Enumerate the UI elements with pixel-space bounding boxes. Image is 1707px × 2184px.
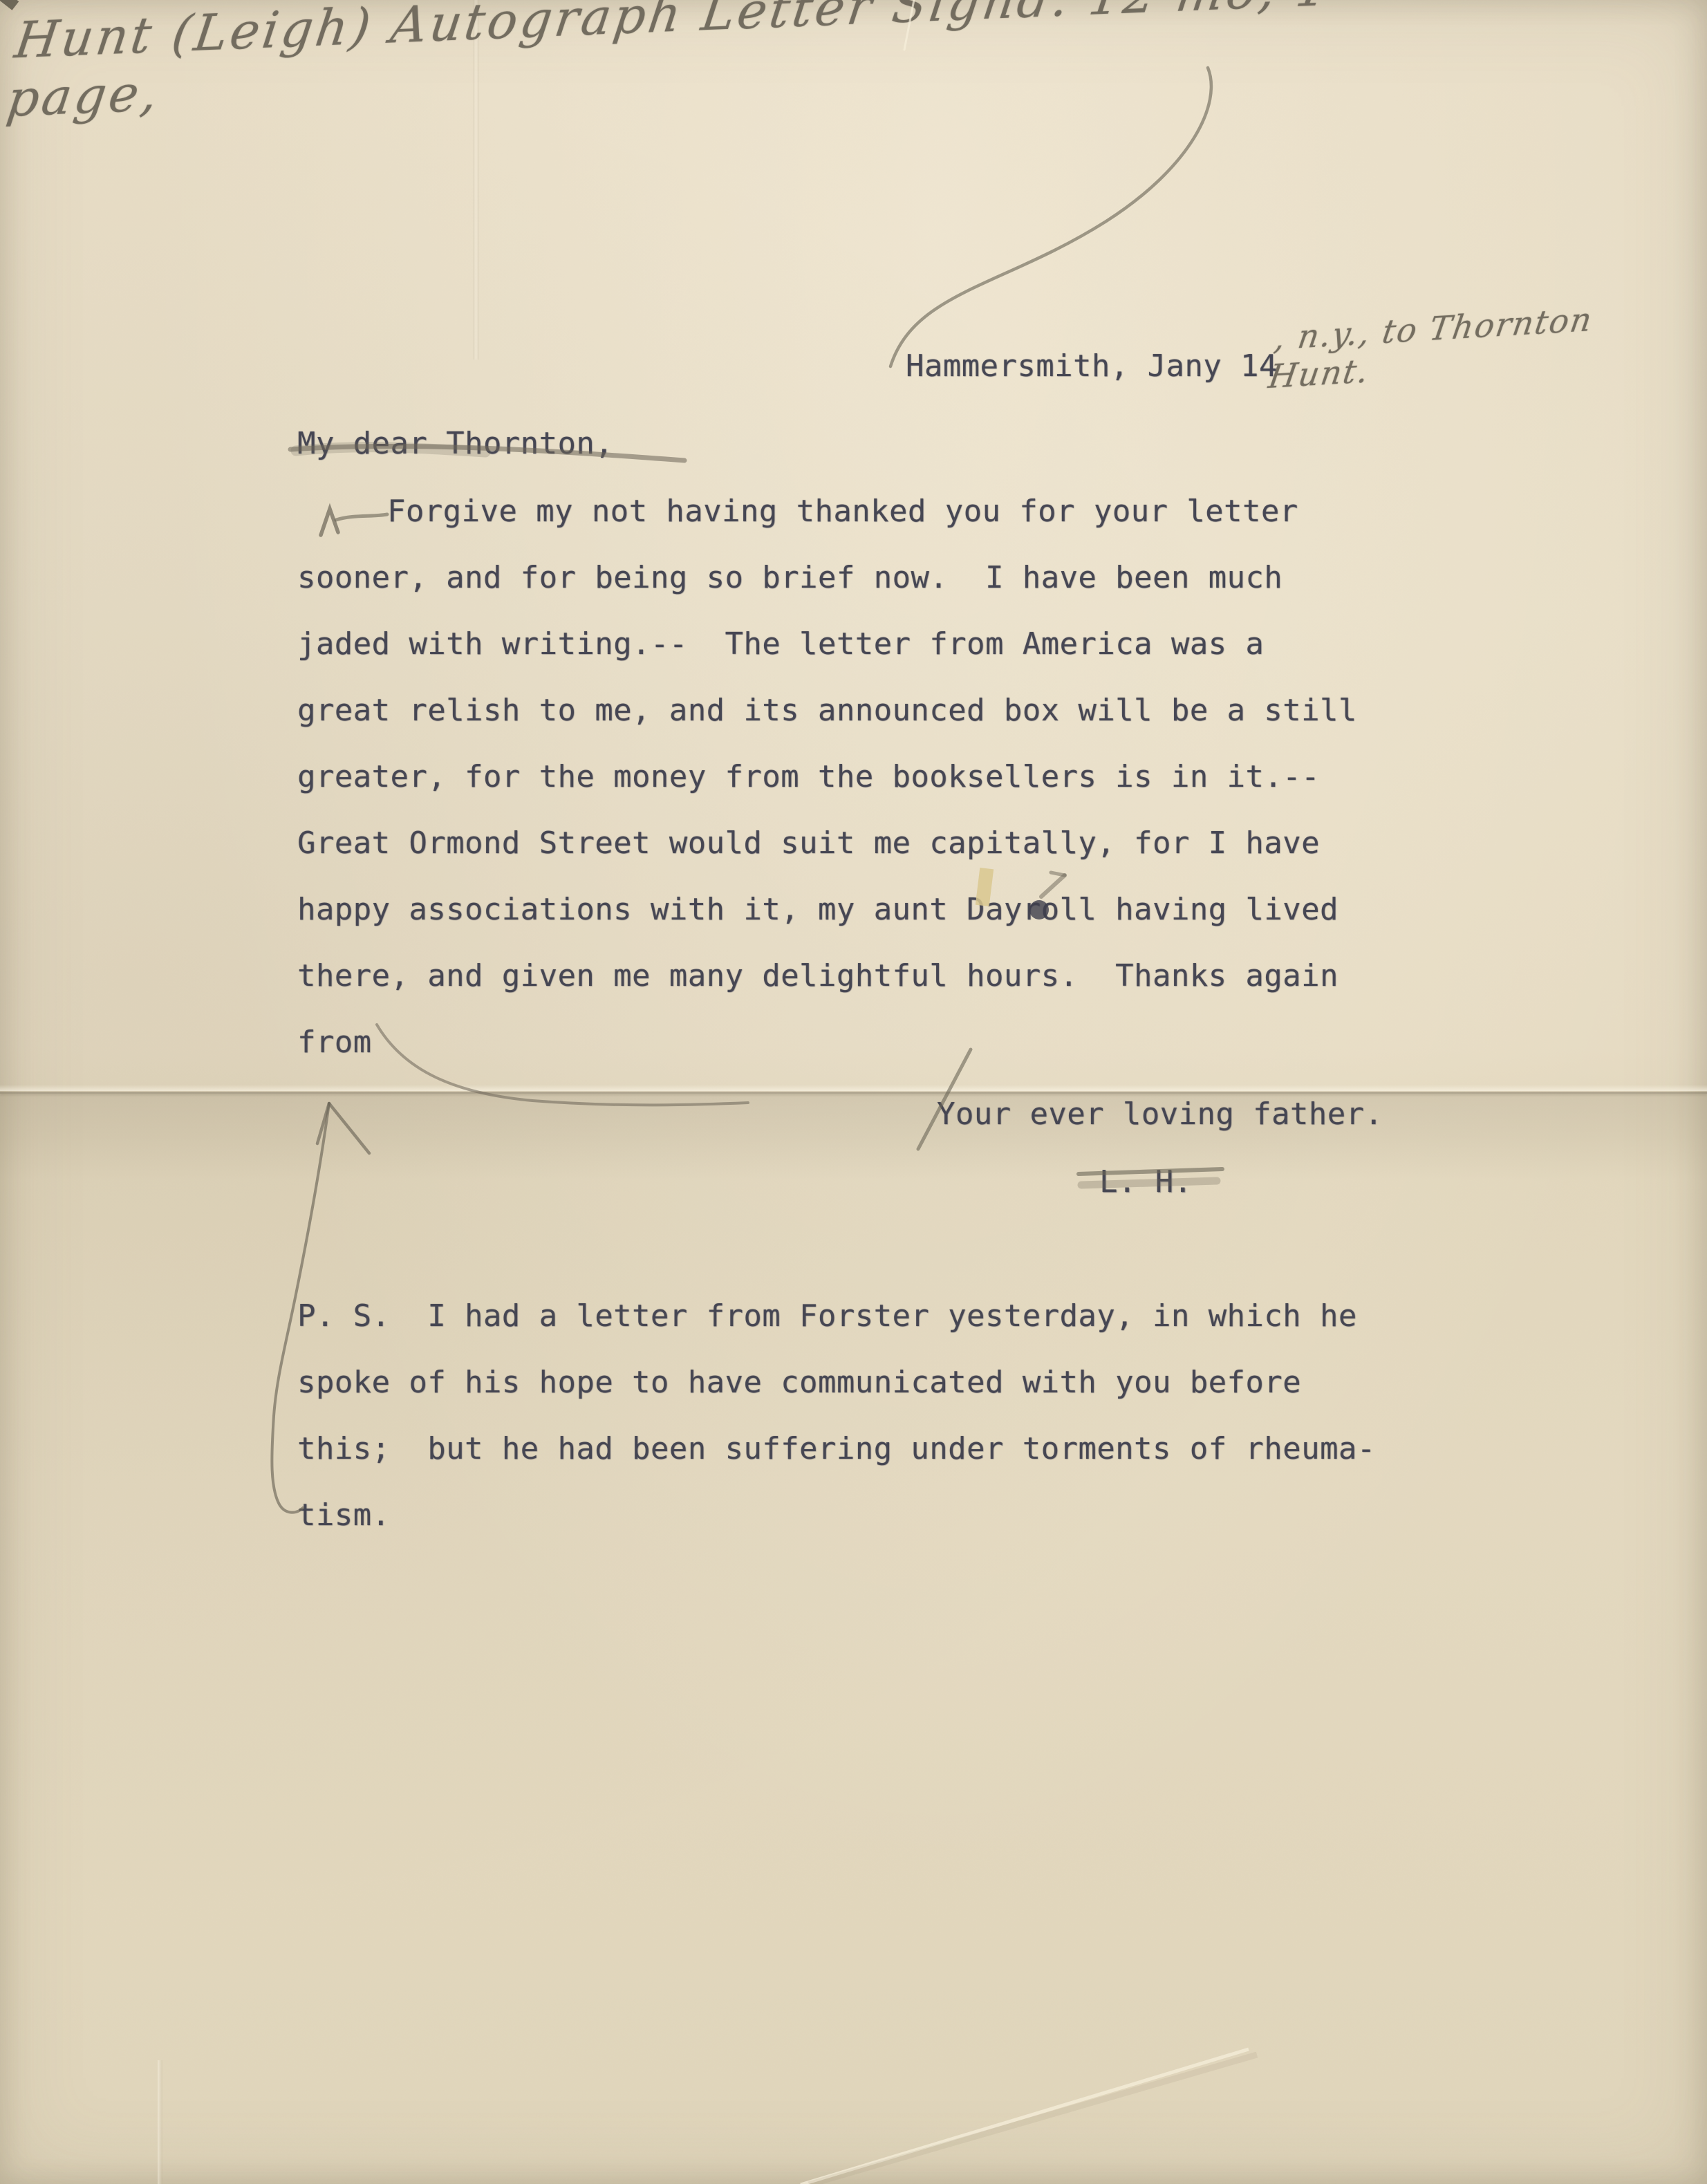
typed-line: from <box>297 1023 372 1062</box>
dateline-handwritten: , n.y., to Thornton Hunt. <box>1266 294 1706 396</box>
fold-crease-highlight <box>0 1085 1707 1091</box>
typed-line: great relish to me, and its announced bo… <box>297 691 1357 730</box>
typed-line: sooner, and for being so brief now. I ha… <box>297 559 1282 597</box>
typed-line: Great Ormond Street would suit me capita… <box>297 824 1320 863</box>
salutation: My dear Thornton, <box>297 424 613 463</box>
postscript-line: this; but he had been suffering under to… <box>297 1430 1376 1468</box>
bottom-diagonal-crease-shadow <box>809 2055 1257 2184</box>
paragraph-leader-line <box>336 514 387 520</box>
fold-crease-shadow <box>0 1094 1707 1180</box>
typed-line: happy associations with it, my aunt Dayr… <box>297 890 1338 929</box>
insertion-arrow-barb-left <box>317 1103 329 1144</box>
fold-crease-line <box>0 1092 1707 1094</box>
postscript-line: P. S. I had a letter from Forster yester… <box>297 1297 1357 1336</box>
paragraph-caret <box>321 509 338 535</box>
insertion-arrow-barb-right <box>329 1103 369 1153</box>
letter-scan: Hunt (Leigh) Autograph Letter Signd. 12 … <box>0 0 1707 2184</box>
dealer-annotation: Hunt (Leigh) Autograph Letter Signd. 12 … <box>3 0 1470 128</box>
dateline-typed: Hammersmith, Jany 14 <box>906 347 1278 386</box>
signature: L. H. <box>1099 1163 1192 1202</box>
scan-corner-mark <box>0 0 19 10</box>
typed-line: there, and given me many delightful hour… <box>297 957 1338 996</box>
postscript-line: tism. <box>297 1496 390 1535</box>
dayroll-tick-head <box>1051 872 1065 875</box>
closing-line: Your ever loving father. <box>937 1095 1383 1134</box>
typed-line: greater, for the money from the booksell… <box>297 758 1320 796</box>
postscript-line: spoke of his hope to have communicated w… <box>297 1363 1301 1402</box>
from-leader-curve <box>377 1025 748 1105</box>
typed-line: Forgive my not having thanked you for yo… <box>387 492 1298 531</box>
top-s-curve <box>890 68 1211 366</box>
typed-line: jaded with writing.-- The letter from Am… <box>297 625 1264 664</box>
bottom-diagonal-crease <box>801 2049 1249 2184</box>
vertical-crease-bottom <box>158 2060 162 2184</box>
